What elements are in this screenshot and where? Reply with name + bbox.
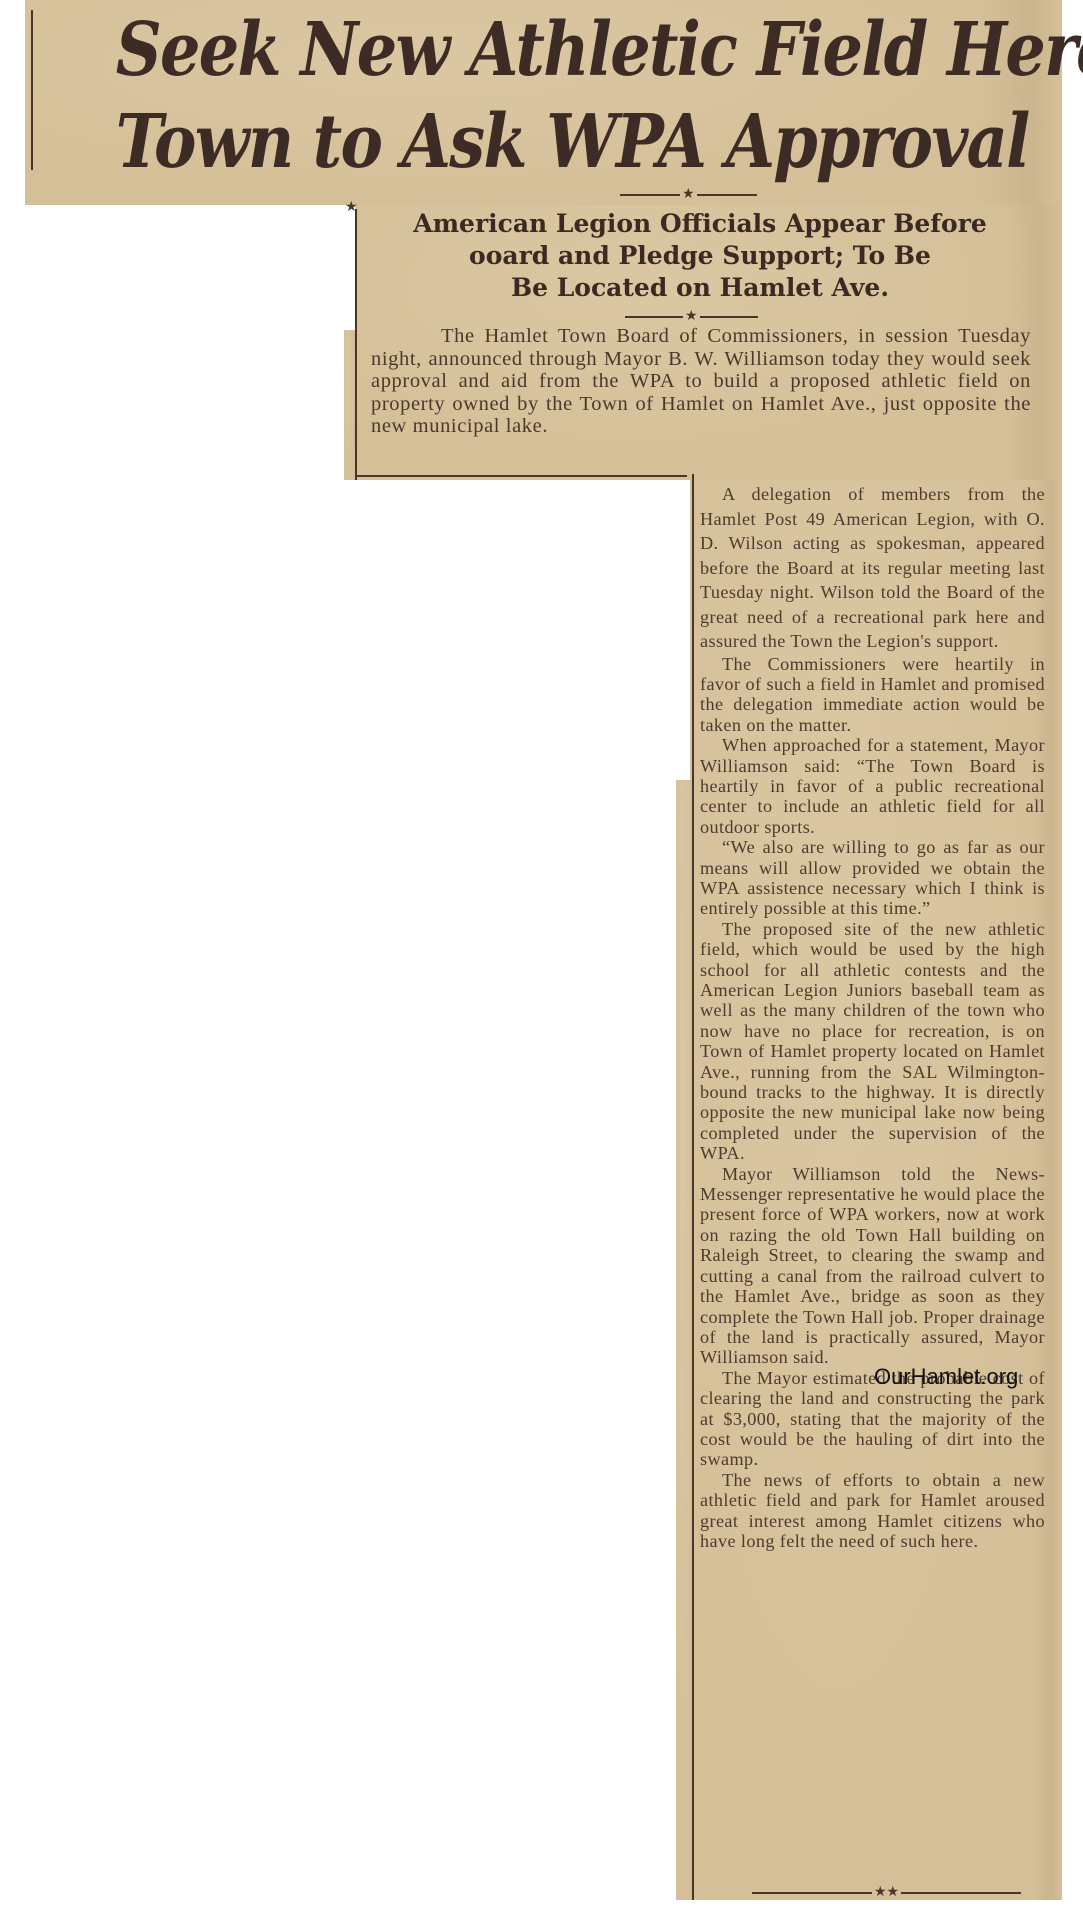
star-icon: ★★ <box>874 1886 899 1900</box>
watermark: OurHamlet.org <box>874 1364 1018 1390</box>
star-icon: ★ <box>345 201 358 215</box>
headline-section: Seek New Athletic Field Here; Town to As… <box>25 0 1062 205</box>
star-icon: ★ <box>682 188 695 202</box>
subheadline: American Legion Officials Appear Before … <box>365 208 1035 304</box>
section-rule <box>357 475 687 477</box>
corner-star: ★ <box>343 201 360 215</box>
body-paragraph-8: The news of efforts to obtain a new athl… <box>700 1470 1045 1552</box>
headline-star-rule: ★ <box>620 188 757 202</box>
body-paragraph-1: A delegation of members from the Hamlet … <box>700 482 1045 654</box>
subhead-line-1: American Legion Officials Appear Before <box>365 208 1035 240</box>
end-star-rule: ★★ <box>752 1886 1021 1900</box>
column-rule <box>31 10 33 170</box>
headline-line-1: Seek New Athletic Field Here; <box>116 4 985 96</box>
subhead-star-rule: ★ <box>625 310 758 324</box>
body-paragraph-4: “We also are willing to go as far as our… <box>700 837 1045 919</box>
lede-section: ★ American Legion Officials Appear Befor… <box>355 205 1062 480</box>
subhead-line-3: Be Located on Hamlet Ave. <box>365 272 1035 304</box>
body-paragraph-2: The Commissioners were heartily in favor… <box>700 654 1045 736</box>
body-paragraph-6: Mayor Williamson told the News-Messenger… <box>700 1164 1045 1368</box>
subhead-line-2: ooard and Pledge Support; To Be <box>365 240 1035 272</box>
body-paragraph-5: The proposed site of the new athletic fi… <box>700 919 1045 1164</box>
column-rule <box>692 474 694 1900</box>
adjacent-column-strip-upper <box>344 330 355 480</box>
lede-paragraph: The Hamlet Town Board of Commissioners, … <box>371 325 1031 438</box>
headline: Seek New Athletic Field Here; Town to As… <box>45 4 1055 188</box>
body-paragraph-3: When approached for a statement, Mayor W… <box>700 735 1045 837</box>
body-section: A delegation of members from the Hamlet … <box>690 480 1062 1900</box>
article-body: A delegation of members from the Hamlet … <box>700 482 1045 1551</box>
star-icon: ★ <box>685 310 698 324</box>
headline-line-2: Town to Ask WPA Approval <box>116 96 985 188</box>
column-rule <box>355 209 357 480</box>
adjacent-column-strip-lower <box>676 780 692 1900</box>
